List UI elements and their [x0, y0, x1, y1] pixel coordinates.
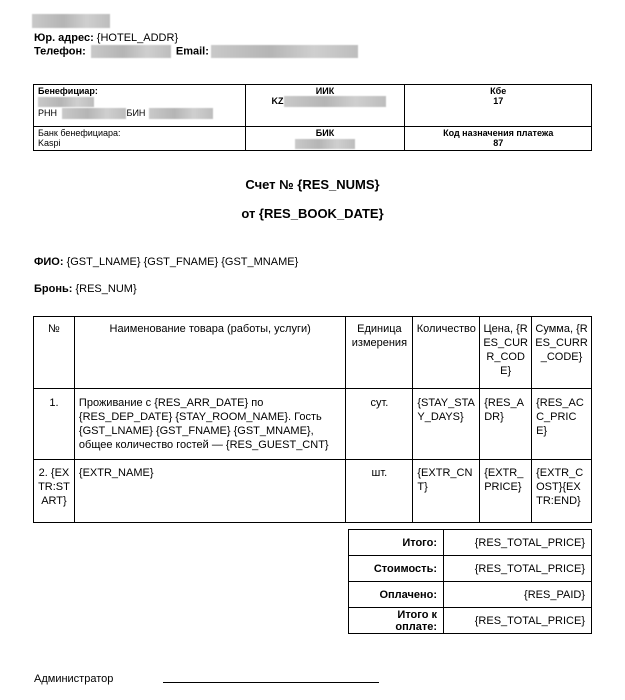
row-name: Проживание с {RES_ARR_DATE} по {RES_DEP_… — [74, 389, 345, 460]
row-price: {RES_ADR} — [480, 389, 532, 460]
email-label: Email: — [176, 45, 209, 57]
bank-value: Kaspi — [38, 138, 241, 148]
items-table: № Наименование товара (работы, услуги) Е… — [33, 316, 592, 523]
row-unit: сут. — [346, 389, 413, 460]
beneficiary-cell: Бенефициар: РНН БИН — [34, 85, 246, 127]
bik-cell: БИК — [245, 127, 405, 151]
totals-table: Итого: {RES_TOTAL_PRICE} Стоимость: {RES… — [348, 529, 592, 634]
row-num: 1. — [34, 389, 75, 460]
totals-row: Итого к оплате: {RES_TOTAL_PRICE} — [349, 608, 592, 634]
due-label: Итого к оплате: — [349, 608, 444, 634]
fio-label: ФИО: — [34, 256, 64, 268]
bik-label: БИК — [250, 128, 401, 138]
email-value-redacted — [211, 45, 358, 58]
row-qty: {STAY_STAY_DAYS} — [413, 389, 480, 460]
fio-value: {GST_LNAME} {GST_FNAME} {GST_MNAME} — [64, 256, 299, 268]
legal-address-label: Юр. адрес: — [34, 32, 94, 44]
total-label: Итого: — [349, 530, 444, 556]
kbe-label: Кбе — [409, 86, 587, 96]
contact-line: Телефон: Email: — [34, 45, 358, 58]
booking-label: Бронь: — [34, 283, 72, 295]
paid-label: Оплачено: — [349, 582, 444, 608]
booking-value: {RES_NUM} — [72, 283, 136, 295]
payment-code-label: Код назначения платежа — [409, 128, 587, 138]
items-header-row: № Наименование товара (работы, услуги) Е… — [34, 317, 592, 389]
kbe-value: 17 — [409, 96, 587, 106]
row-price: {EXTR_PRICE} — [480, 460, 532, 523]
header-name: Наименование товара (работы, услуги) — [74, 317, 345, 389]
cost-value: {RES_TOTAL_PRICE} — [444, 556, 592, 582]
due-value: {RES_TOTAL_PRICE} — [444, 608, 592, 634]
header-num: № — [34, 317, 75, 389]
phone-label: Телефон: — [34, 45, 86, 57]
totals-row: Итого: {RES_TOTAL_PRICE} — [349, 530, 592, 556]
kbe-cell: Кбе 17 — [405, 85, 592, 127]
header-qty: Количество — [413, 317, 480, 389]
header-price: Цена, {RES_CURR_CODE} — [480, 317, 532, 389]
bank-name-cell: Банк бенефициара: Kaspi — [34, 127, 246, 151]
signature-line — [163, 682, 379, 683]
total-value: {RES_TOTAL_PRICE} — [444, 530, 592, 556]
cost-label: Стоимость: — [349, 556, 444, 582]
bin-value-redacted — [149, 108, 213, 119]
totals-row: Стоимость: {RES_TOTAL_PRICE} — [349, 556, 592, 582]
legal-address-value: {HOTEL_ADDR} — [94, 32, 178, 44]
table-row: 1. Проживание с {RES_ARR_DATE} по {RES_D… — [34, 389, 592, 460]
row-num: 2. {EXTR:START} — [34, 460, 75, 523]
beneficiary-name-redacted — [38, 97, 94, 107]
row-sum: {EXTR_COST}{EXTR:END} — [532, 460, 592, 523]
iik-label: ИИК — [250, 86, 401, 96]
header-unit: Единица измерения — [346, 317, 413, 389]
payment-code-value: 87 — [409, 138, 587, 148]
row-unit: шт. — [346, 460, 413, 523]
guest-name-line: ФИО: {GST_LNAME} {GST_FNAME} {GST_MNAME} — [34, 256, 298, 268]
iik-prefix: KZ — [272, 96, 284, 106]
bin-label: БИН — [127, 108, 146, 118]
header-sum: Сумма, {RES_CURR_CODE} — [532, 317, 592, 389]
booking-line: Бронь: {RES_NUM} — [34, 283, 137, 295]
invoice-title: Счет № {RES_NUMS} — [0, 177, 625, 192]
bik-value-redacted — [295, 139, 355, 149]
beneficiary-label: Бенефициар: — [38, 86, 241, 96]
rnn-label: РНН — [38, 108, 57, 118]
rnn-value-redacted — [62, 108, 126, 119]
hotel-name-redacted — [32, 14, 110, 28]
row-sum: {RES_ACC_PRICE} — [532, 389, 592, 460]
payment-code-cell: Код назначения платежа 87 — [405, 127, 592, 151]
paid-value: {RES_PAID} — [444, 582, 592, 608]
totals-row: Оплачено: {RES_PAID} — [349, 582, 592, 608]
bank-details-table: Бенефициар: РНН БИН ИИК KZ Кбе 17 Банк б… — [33, 84, 592, 151]
phone-value-redacted — [91, 45, 171, 58]
row-name: {EXTR_NAME} — [74, 460, 345, 523]
bank-label: Банк бенефициара: — [38, 128, 241, 138]
row-qty: {EXTR_CNT} — [413, 460, 480, 523]
iik-cell: ИИК KZ — [245, 85, 405, 127]
iik-value-redacted — [284, 96, 386, 107]
table-row: 2. {EXTR:START} {EXTR_NAME} шт. {EXTR_CN… — [34, 460, 592, 523]
invoice-date: от {RES_BOOK_DATE} — [0, 206, 625, 221]
legal-address-line: Юр. адрес: {HOTEL_ADDR} — [34, 32, 178, 44]
administrator-label: Администратор — [34, 673, 113, 685]
